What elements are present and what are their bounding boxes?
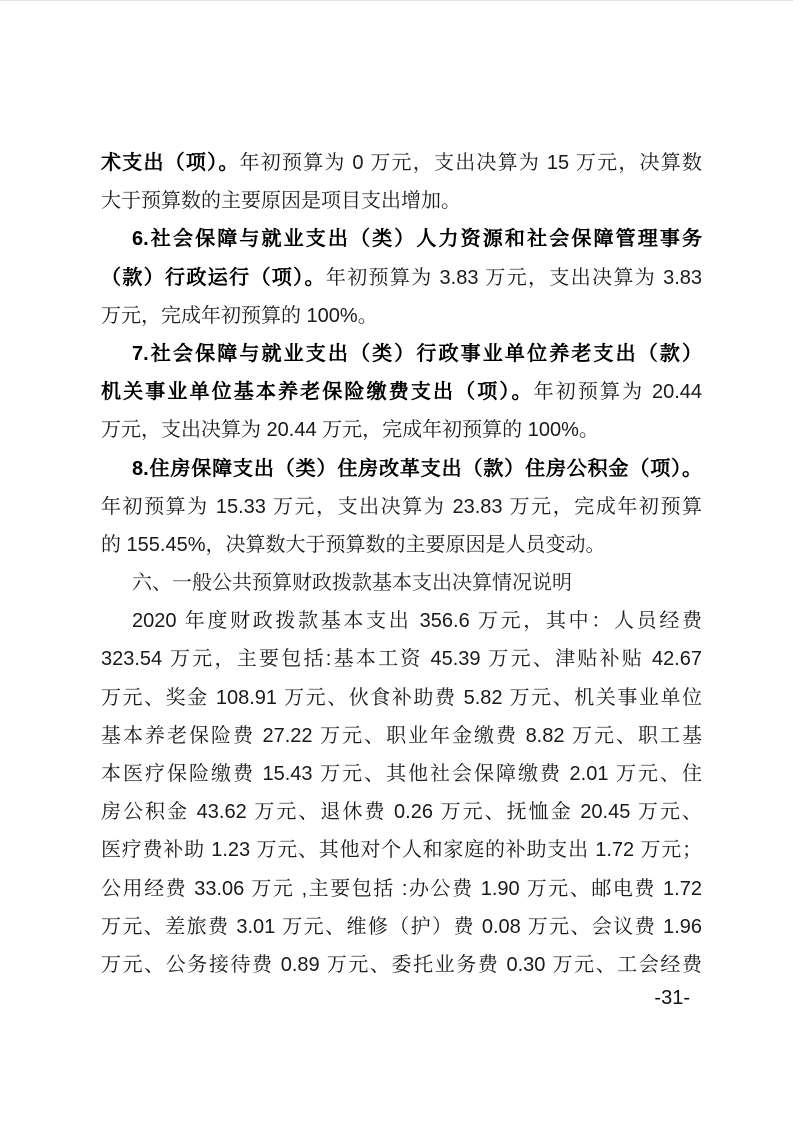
text-line: 医疗费补助 1.23 万元、其他对个人和家庭的补助支出 1.72 万元； [101,831,702,869]
text-line: 6.社会保障与就业支出（类）人力资源和社会保障管理事务 [101,220,702,258]
text-line: 房公积金 43.62 万元、退休费 0.26 万元、抚恤金 20.45 万元、 [101,793,702,831]
text-segment: 万元、奖金 108.91 万元、伙食补助费 5.82 万元、机关事业单位 [101,687,702,709]
text-segment: 万元、公务接待费 0.89 万元、委托业务费 0.30 万元、工会经费 [101,954,702,976]
text-segment: 医疗费补助 1.23 万元、其他对个人和家庭的补助支出 1.72 万元； [101,839,702,861]
text-line: 万元，支出决算为 20.44 万元，完成年初预算的 100%。 [101,411,702,449]
text-segment: 万元，支出决算为 20.44 万元，完成年初预算的 100%。 [101,419,599,441]
text-line: 7.社会保障与就业支出（类）行政事业单位养老支出（款） [101,335,702,373]
text-line: 六、一般公共预算财政拨款基本支出决算情况说明 [101,564,702,602]
text-line: 的 155.45%，决算数大于预算数的主要原因是人员变动。 [101,526,702,564]
text-segment: 大于预算数的主要原因是项目支出增加。 [101,190,461,212]
text-line: 年初预算为 15.33 万元，支出决算为 23.83 万元，完成年初预算 [101,488,702,526]
text-segment: 323.54 万元，主要包括:基本工资 45.39 万元、津贴补贴 42.67 [101,648,702,670]
text-line: 8.住房保障支出（类）住房改革支出（款）住房公积金（项）。 [101,450,702,488]
text-line: 323.54 万元，主要包括:基本工资 45.39 万元、津贴补贴 42.67 [101,640,702,678]
text-line: 基本养老保险费 27.22 万元、职业年金缴费 8.82 万元、职工基 [101,717,702,755]
text-line: 本医疗保险缴费 15.43 万元、其他社会保障缴费 2.01 万元、住 [101,755,702,793]
text-line: 公用经费 33.06 万元 ,主要包括 :办公费 1.90 万元、邮电费 1.7… [101,870,702,908]
text-segment: 年初预算为 0 万元，支出决算为 15 万元，决算数 [240,152,702,174]
text-segment: 2020 年度财政拨款基本支出 356.6 万元，其中：人员经费 [132,610,702,632]
text-line: 机关事业单位基本养老保险缴费支出（项）。年初预算为 20.44 [101,373,702,411]
text-segment: 基本养老保险费 27.22 万元、职业年金缴费 8.82 万元、职工基 [101,725,702,747]
text-segment: 年初预算为 20.44 [534,381,702,403]
bold-text-segment: （款）行政运行（项）。 [101,267,326,289]
text-line: 大于预算数的主要原因是项目支出增加。 [101,182,702,220]
text-segment: 年初预算为 15.33 万元，支出决算为 23.83 万元，完成年初预算 [101,496,702,518]
bold-text-segment: 机关事业单位基本养老保险缴费支出（项）。 [101,381,534,403]
text-segment: 本医疗保险缴费 15.43 万元、其他社会保障缴费 2.01 万元、住 [101,763,702,785]
text-segment: 万元、差旅费 3.01 万元、维修（护）费 0.08 万元、会议费 1.96 [101,916,702,938]
bold-text-segment: 8.住房保障支出（类）住房改革支出（款）住房公积金（项）。 [132,458,702,480]
document-page: 术支出（项）。年初预算为 0 万元，支出决算为 15 万元，决算数大于预算数的主… [0,0,793,1122]
text-line: 万元、差旅费 3.01 万元、维修（护）费 0.08 万元、会议费 1.96 [101,908,702,946]
bold-text-segment: 术支出（项）。 [101,152,240,174]
page-number: -31- [654,983,690,1013]
text-segment: 六、一般公共预算财政拨款基本支出决算情况说明 [132,572,572,594]
text-line: 术支出（项）。年初预算为 0 万元，支出决算为 15 万元，决算数 [101,144,702,182]
text-line: 万元，完成年初预算的 100%。 [101,297,702,335]
text-segment: 公用经费 33.06 万元 ,主要包括 :办公费 1.90 万元、邮电费 1.7… [101,878,702,900]
text-line: （款）行政运行（项）。年初预算为 3.83 万元，支出决算为 3.83 [101,259,702,297]
text-segment: 的 155.45%，决算数大于预算数的主要原因是人员变动。 [101,534,606,556]
text-segment: 房公积金 43.62 万元、退休费 0.26 万元、抚恤金 20.45 万元、 [101,801,702,823]
bold-text-segment: 7.社会保障与就业支出（类）行政事业单位养老支出（款） [132,343,702,365]
text-line: 万元、奖金 108.91 万元、伙食补助费 5.82 万元、机关事业单位 [101,679,702,717]
text-segment: 万元，完成年初预算的 100%。 [101,305,378,327]
text-line: 2020 年度财政拨款基本支出 356.6 万元，其中：人员经费 [101,602,702,640]
text-segment: 年初预算为 3.83 万元，支出决算为 3.83 [326,267,702,289]
document-body: 术支出（项）。年初预算为 0 万元，支出决算为 15 万元，决算数大于预算数的主… [101,144,702,984]
bold-text-segment: 6.社会保障与就业支出（类）人力资源和社会保障管理事务 [132,228,702,250]
text-line: 万元、公务接待费 0.89 万元、委托业务费 0.30 万元、工会经费 [101,946,702,984]
